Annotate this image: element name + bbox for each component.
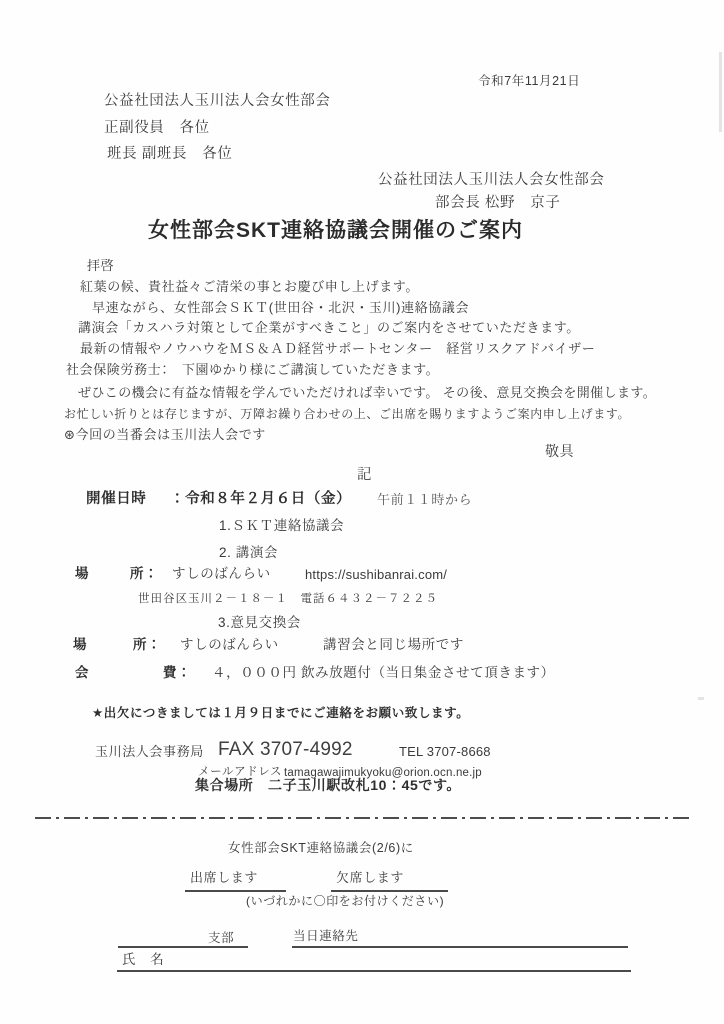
ki-heading: 記 (357, 466, 372, 484)
attend-option: 出席します (190, 870, 258, 886)
day-contact-field-line (292, 946, 628, 948)
venue1-name: すしのばんらい (172, 566, 271, 583)
recipient-org: 公益社団法人玉川法人会女性部会 (104, 92, 331, 110)
reply-form-title: 女性部会SKT連絡協議会(2/6)に (228, 841, 414, 857)
tel-number: TEL 3707-8668 (399, 744, 491, 760)
name-field-label: 氏 名 (122, 952, 164, 969)
duty-note: ⊛今回の当番会は玉川法人会です (64, 427, 266, 443)
sender-org: 公益社団法人玉川法人会女性部会 (378, 171, 605, 189)
office-name: 玉川法人会事務局 (95, 744, 204, 760)
fee-value: ４，０００円 飲み放題付（当日集金させて頂きます） (212, 665, 555, 682)
rsvp-notice: ★出欠につきましては１月９日までにご連絡をお願い致します。 (92, 706, 469, 722)
schedule-date: ：令和８年２月６日（金） (170, 490, 351, 508)
venue1-label-b: 所： (130, 566, 158, 583)
venue2-note: 講習会と同じ場所です (323, 637, 464, 654)
venue1-url: https://sushibanrai.com/ (305, 567, 447, 583)
schedule-time: 午前１１時から (377, 492, 472, 508)
body-paragraph: 社会保険労務士： 下園ゆかり様にご講演していただきます。 (66, 362, 439, 378)
document-date: 令和7年11月21日 (478, 74, 580, 90)
attend-underline (185, 890, 286, 892)
fee-label-b: 費： (163, 665, 191, 682)
venue2-label-a: 場 (73, 637, 87, 654)
scan-artifact (719, 52, 722, 132)
meeting-point: 集合場所 二子玉川駅改札10：45です。 (195, 777, 461, 795)
page-title: 女性部会SKT連絡協議会開催のご案内 (148, 218, 523, 244)
fax-number: FAX 3707-4992 (218, 738, 353, 762)
branch-field-line (118, 946, 248, 948)
agenda-item-2: 2. 講演会 (219, 545, 278, 562)
fee-label-a: 会 (75, 665, 89, 682)
venue2-label-b: 所： (133, 637, 161, 654)
name-field-line (117, 970, 631, 972)
day-contact-field-label: 当日連絡先 (293, 929, 359, 945)
agenda-item-1: 1.ＳＫＴ連絡協議会 (219, 518, 344, 535)
venue1-label-a: 場 (75, 566, 89, 583)
venue1-address: 世田谷区玉川２－１８－１ 電話６４３２－７２２５ (138, 592, 438, 606)
branch-field-label: 支部 (208, 931, 234, 947)
venue2-name: すしのばんらい (180, 637, 279, 654)
scan-artifact (698, 697, 704, 700)
recipient-officers: 正副役員 各位 (104, 119, 210, 137)
scanned-letter-page: 令和7年11月21日 公益社団法人玉川法人会女性部会 正副役員 各位 班長 副班… (0, 0, 724, 1024)
body-paragraph: 最新の情報やノウハウをＭＳ＆ＡＤ経営サポートセンター 経営リスクアドバイザー (80, 341, 595, 357)
body-paragraph: 紅葉の候、貴社益々ご清栄の事とお慶び申し上げます。 (80, 279, 419, 295)
body-paragraph: お忙しい折りとは存じますが、万障お繰り合わせの上、ご出席を賜りますようご案内申し… (64, 407, 630, 422)
sender-person: 部会長 松野 京子 (435, 194, 560, 212)
recipient-leaders: 班長 副班長 各位 (107, 145, 232, 163)
circle-instruction: (いづれかに〇印をお付けください) (246, 894, 444, 909)
salutation: 拝啓 (87, 258, 114, 274)
closing-keigu: 敬具 (545, 443, 574, 461)
absent-underline (331, 890, 448, 892)
schedule-label: 開催日時 (86, 490, 146, 508)
body-paragraph: ぜひこの機会に有益な情報を学んでいただければ幸いです。 その後、意見交換会を開催… (78, 385, 656, 401)
body-paragraph: 早速ながら、女性部会ＳＫＴ(世田谷・北沢・玉川)連絡協議会 (92, 300, 469, 316)
agenda-item-3: 3.意見交換会 (218, 615, 301, 632)
cut-line (35, 817, 691, 819)
absent-option: 欠席します (336, 870, 404, 886)
body-paragraph: 講演会「カスハラ対策として企業がすべきこと」のご案内をさせていただきます。 (78, 320, 580, 336)
